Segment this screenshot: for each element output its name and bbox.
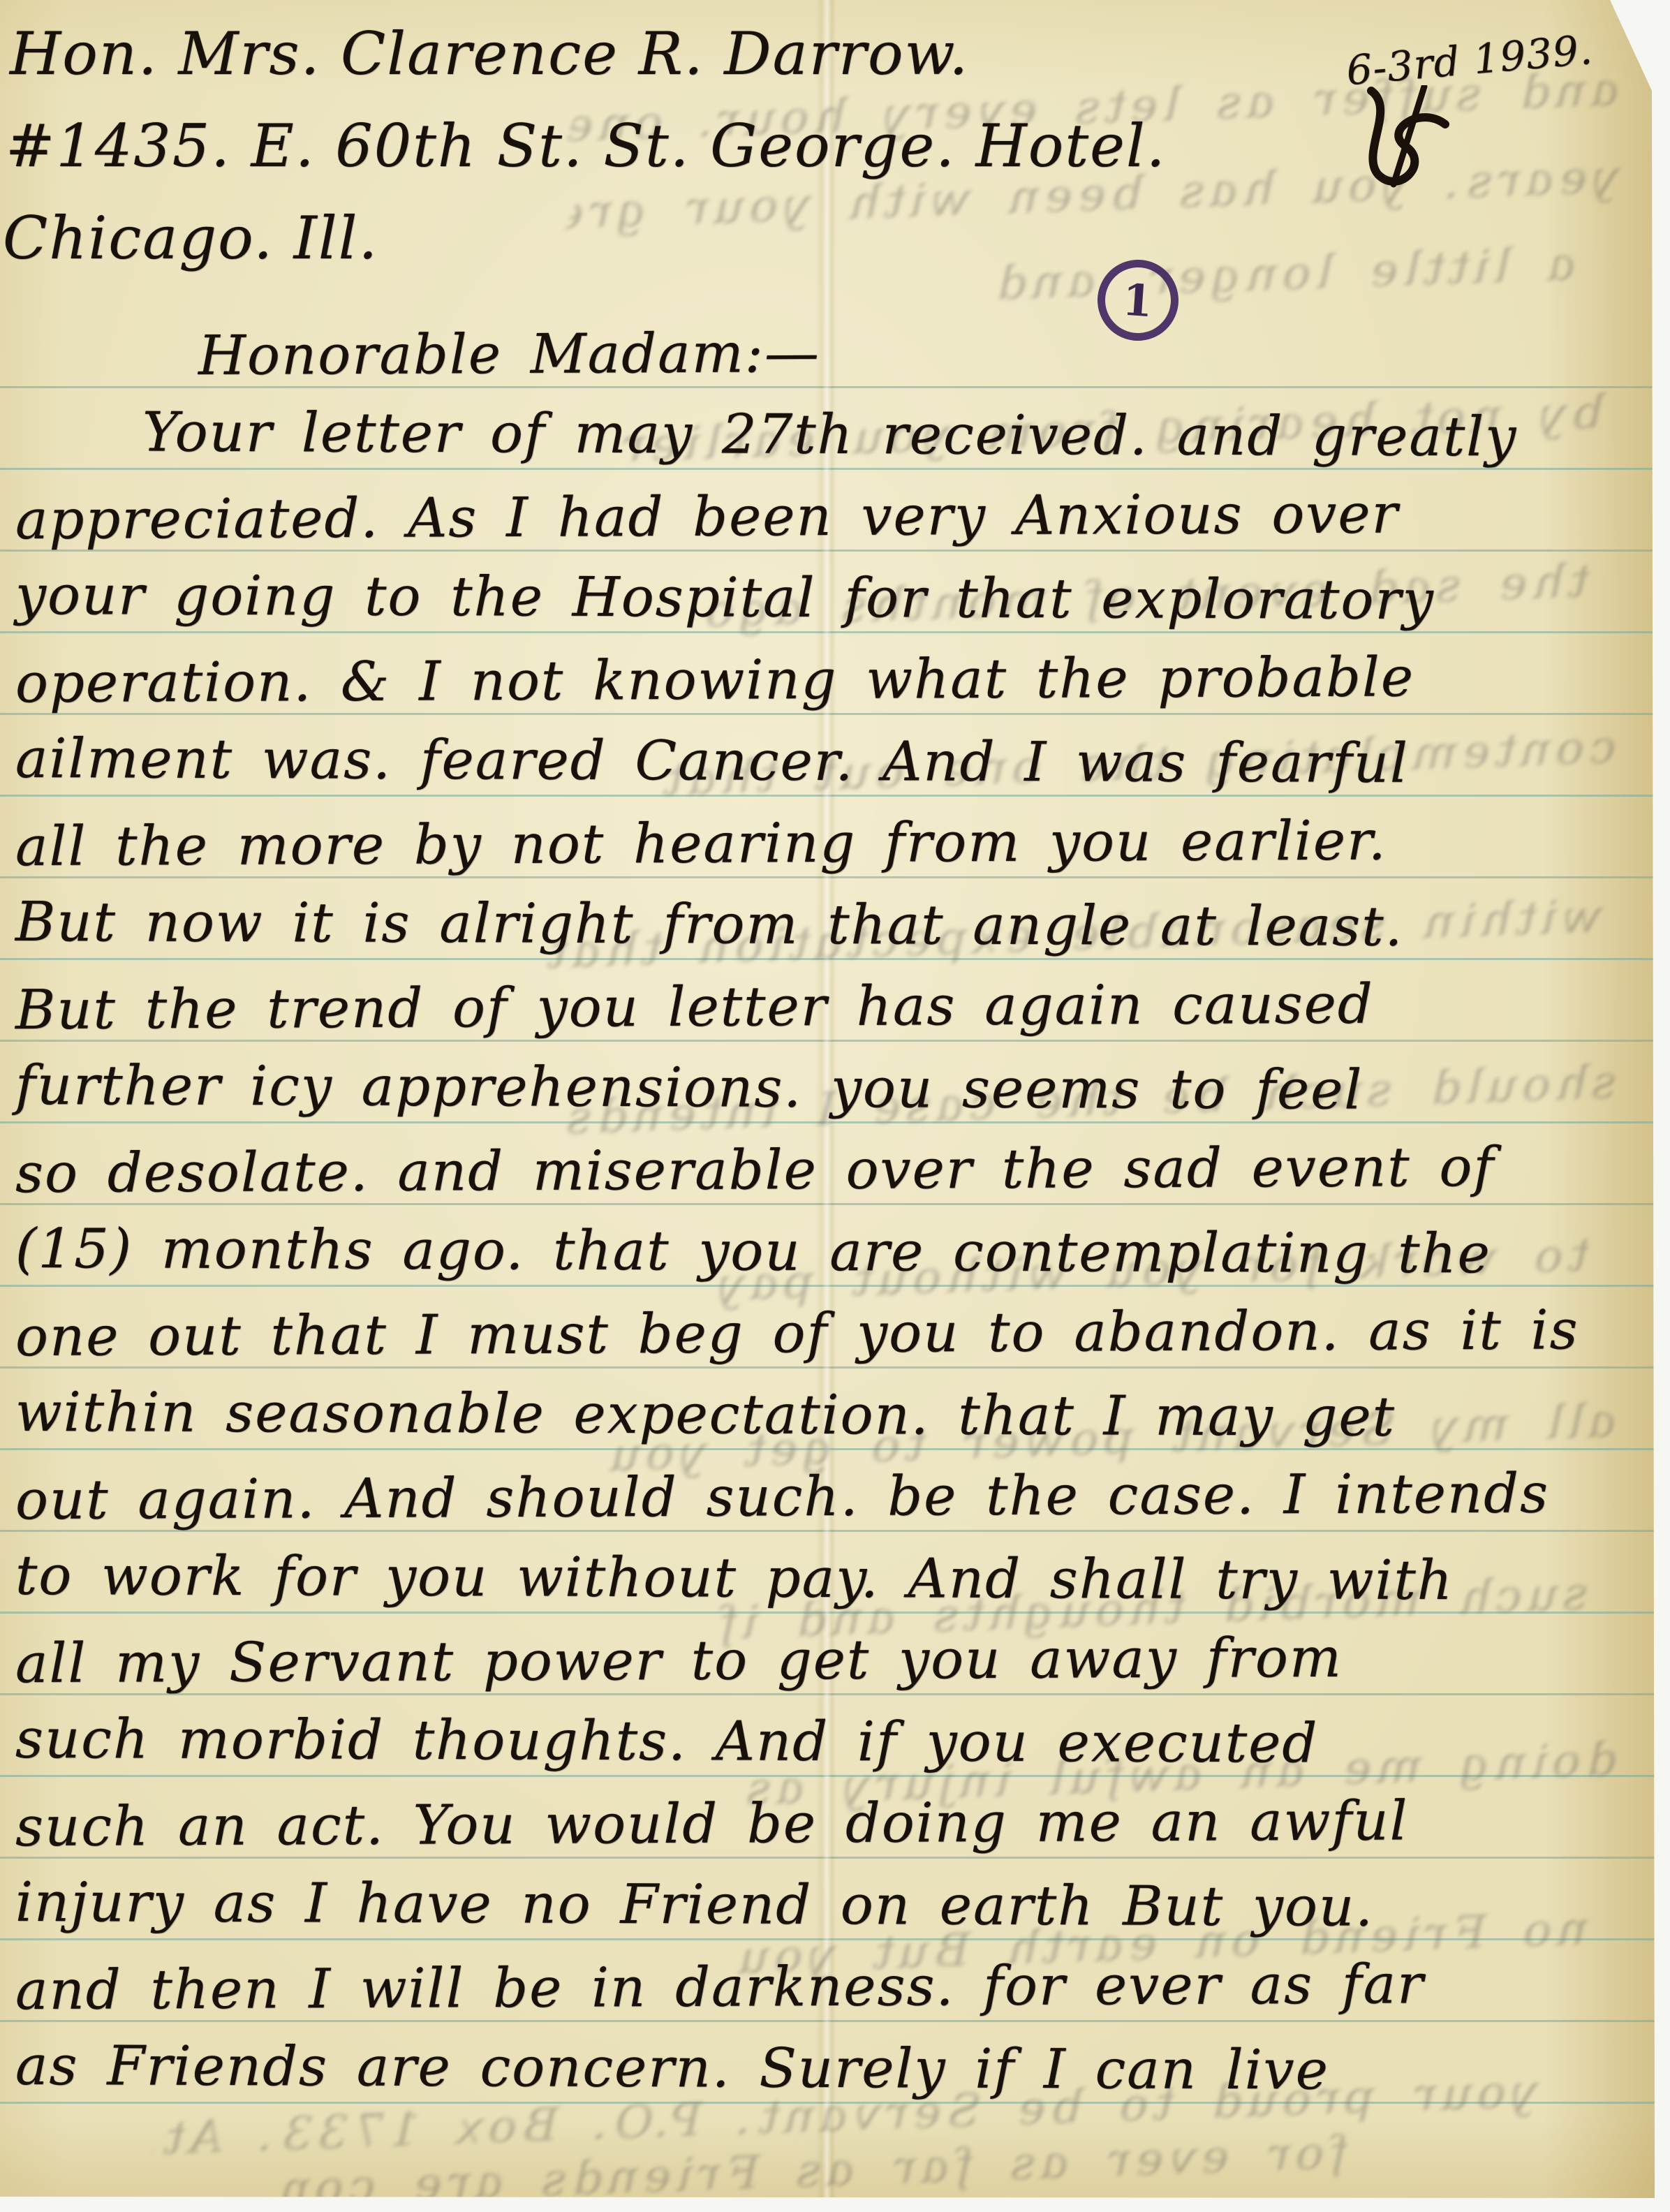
letter-line: all my Servant power to get you away fro… [15, 1616, 1649, 1705]
scanned-letter-page: and suffer as lets every hour. one has d… [0, 0, 1670, 2212]
letter-line: Your letter of may 27th received. and gr… [15, 392, 1649, 479]
letter-line: injury as I have no Friend on earth But … [15, 1862, 1649, 1949]
recipient-name-line: Hon. Mrs. Clarence R. Darrow. [10, 20, 969, 88]
recipient-address-line: #1435. E. 60th St. St. George. Hotel. [6, 112, 1166, 180]
letter-body: Honorable Madam:— Your letter of may 27t… [15, 313, 1649, 2110]
pen-flourish-icon [1342, 85, 1461, 197]
letter-line: such morbid thoughts. And if you execute… [15, 1699, 1649, 1786]
paper-sheet: and suffer as lets every hour. one has d… [0, 0, 1655, 2198]
letter-line: one out that I must beg of you to abando… [15, 1290, 1649, 1378]
letter-line: But the trend of you letter has again ca… [15, 963, 1649, 1052]
letter-line: your going to the Hospital for that expl… [15, 555, 1649, 642]
recipient-city-line: Chicago. Ill. [3, 204, 378, 272]
letter-line: to work for you without pay. And shall t… [15, 1535, 1649, 1623]
letter-line: But now it is alright from that angle at… [15, 882, 1649, 969]
letter-line: and then I will be in darkness. for ever… [15, 1943, 1649, 2032]
letter-line: out again. And should such. be the case.… [15, 1453, 1649, 1542]
letter-line: operation. & I not knowing what the prob… [15, 636, 1649, 725]
letter-line: all the more by not hearing from you ear… [15, 799, 1649, 888]
page-number: 1 [1121, 274, 1155, 327]
letter-line: further icy apprehensions. you seems to … [15, 1045, 1649, 1133]
letter-line: so desolate. and miserable over the sad … [15, 1126, 1649, 1215]
letter-line: as Friends are concern. Surely if I can … [15, 2026, 1649, 2113]
letter-line: (15) months ago. that you are contemplat… [15, 1209, 1649, 1296]
letter-line: appreciated. As I had been very Anxious … [15, 473, 1649, 561]
letter-line: such an act. You would be doing me an aw… [15, 1780, 1649, 1868]
letter-line: within seasonable expectation. that I ma… [15, 1372, 1649, 1459]
letter-line: ailment was. feared Cancer. And I was fe… [15, 718, 1649, 806]
salutation-line: Honorable Madam:— [15, 309, 1649, 398]
